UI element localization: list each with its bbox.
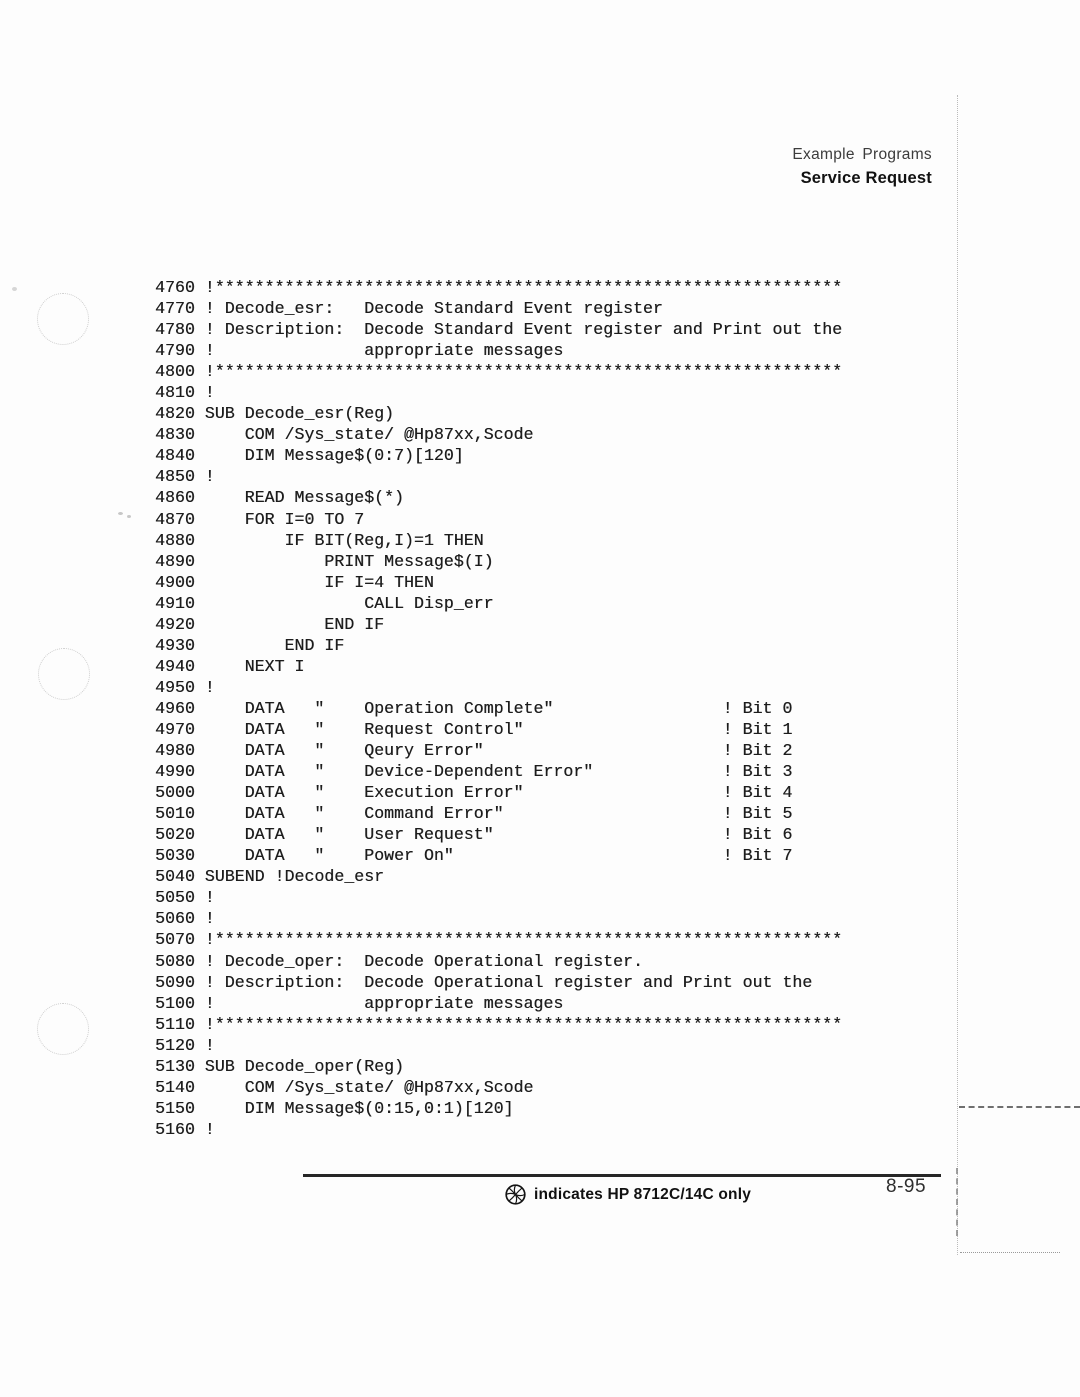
globe-wheel-icon [504,1183,527,1206]
scan-smudge [12,287,17,291]
footer-note-text: indicates HP 8712C/14C only [534,1186,751,1204]
fold-mark-vertical [957,95,958,1255]
scan-smudge [118,512,123,515]
scan-smudge [127,515,131,518]
footer-note: indicates HP 8712C/14C only [504,1183,751,1206]
footer-rule [303,1174,941,1177]
fold-mark-dash [959,1106,1080,1108]
fold-mark-vertical-dark [956,1168,958,1236]
punch-hole-mark [38,648,90,700]
basic-program-listing: 4760 !**********************************… [155,277,842,1140]
fold-mark-dots [960,1252,1060,1253]
page-number: 8-95 [886,1176,926,1198]
scanned-manual-page: Example Programs Service Request 4760 !*… [0,0,1080,1397]
page-header: Example Programs Service Request [792,146,932,188]
header-chapter-title: Example Programs [792,146,932,164]
header-section-title: Service Request [792,169,932,188]
punch-hole-mark [37,293,89,345]
punch-hole-mark [37,1003,89,1055]
